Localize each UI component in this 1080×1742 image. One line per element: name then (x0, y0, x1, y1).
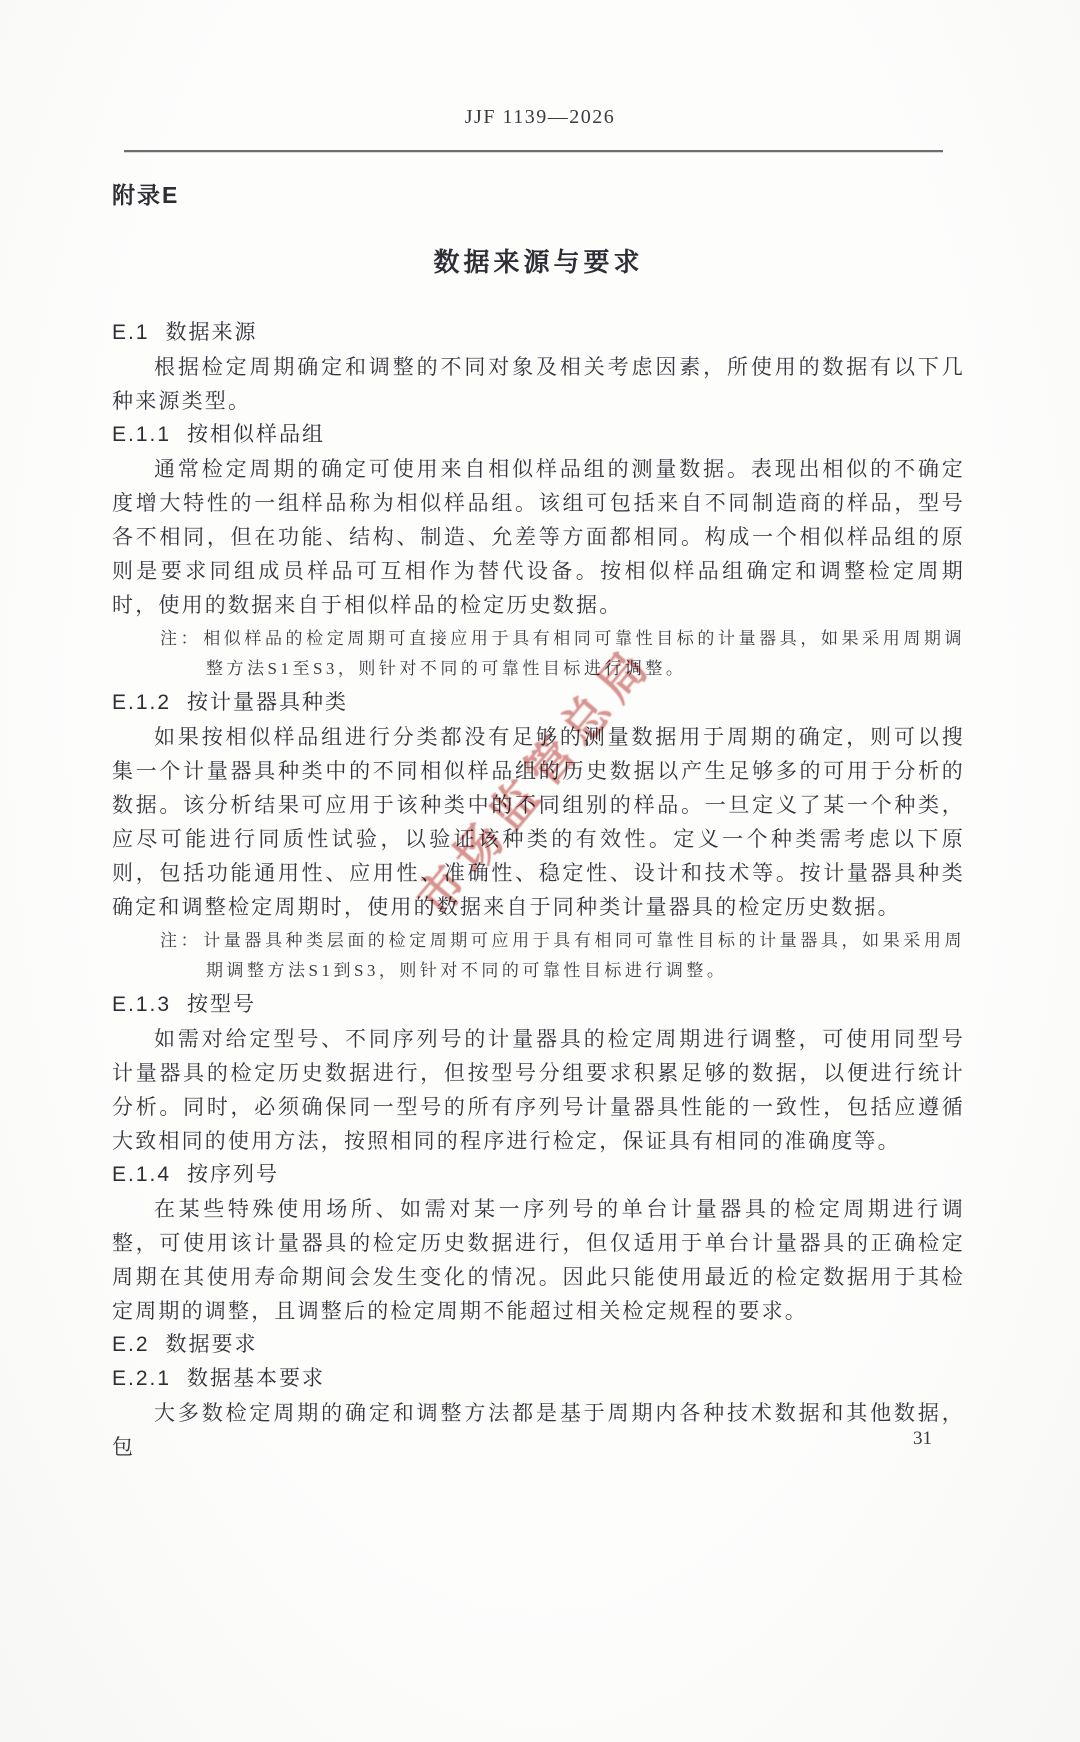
clause-number: E.1 (112, 321, 150, 344)
clause-number: E.2.1 (112, 1367, 171, 1390)
clause-heading: E.2.1数据基本要求 (112, 1362, 965, 1396)
body-paragraph: 大多数检定周期的确定和调整方法都是基于周期内各种技术数据和其他数据，包 (112, 1396, 965, 1464)
running-header: JJF 1139—2026 (0, 106, 1080, 129)
note: 注：计量器具种类层面的检定周期可应用于具有相同可靠性目标的计量器具，如果采用周期… (160, 926, 965, 986)
clause-title: 按型号 (187, 993, 256, 1016)
document-body: 附录E 数据来源与要求 E.1数据来源根据检定周期确定和调整的不同对象及相关考虑… (112, 180, 965, 1464)
body-paragraph: 在某些特殊使用场所、如需对某一序列号的单台计量器具的检定周期进行调整，可使用该计… (112, 1192, 965, 1328)
note-text: 相似样品的检定周期可直接应用于具有相同可靠性目标的计量器具，如果采用周期调整方法… (203, 629, 965, 678)
clause-heading: E.2数据要求 (112, 1328, 965, 1362)
appendix-label: 附录E (112, 180, 965, 210)
clause-number: E.1.2 (112, 691, 171, 714)
clause-heading: E.1.4按序列号 (112, 1158, 965, 1192)
clause-title: 按序列号 (187, 1163, 279, 1186)
clause-number: E.2 (112, 1333, 150, 1356)
clause-heading: E.1.2按计量器具种类 (112, 686, 965, 720)
clause-number: E.1.1 (112, 423, 171, 446)
note-label: 注： (160, 629, 201, 648)
clause-heading: E.1.1按相似样品组 (112, 418, 965, 452)
clause-title: 数据要求 (166, 1333, 258, 1356)
note-label: 注： (160, 931, 201, 950)
clause-title: 按相似样品组 (187, 423, 325, 446)
header-rule (124, 150, 943, 152)
body-paragraph: 如需对给定型号、不同序列号的计量器具的检定周期进行调整，可使用同型号计量器具的检… (112, 1022, 965, 1158)
clause-title: 数据基本要求 (187, 1367, 325, 1390)
page-number: 31 (913, 1428, 932, 1450)
clause-heading: E.1.3按型号 (112, 988, 965, 1022)
clause-heading: E.1数据来源 (112, 316, 965, 350)
clause-title: 按计量器具种类 (187, 691, 348, 714)
body-paragraph: 根据检定周期确定和调整的不同对象及相关考虑因素，所使用的数据有以下几种来源类型。 (112, 350, 965, 418)
note-text: 计量器具种类层面的检定周期可应用于具有相同可靠性目标的计量器具，如果采用周期调整… (203, 931, 965, 980)
document-page: JJF 1139—2026 附录E 数据来源与要求 E.1数据来源根据检定周期确… (0, 0, 1080, 1742)
body-paragraph: 如果按相似样品组进行分类都没有足够的测量数据用于周期的确定，则可以搜集一个计量器… (112, 720, 965, 924)
appendix-title: 数据来源与要求 (112, 246, 965, 278)
clause-title: 数据来源 (166, 321, 258, 344)
clause-number: E.1.3 (112, 993, 171, 1016)
body-paragraph: 通常检定周期的确定可使用来自相似样品组的测量数据。表现出相似的不确定度增大特性的… (112, 452, 965, 622)
sections-container: E.1数据来源根据检定周期确定和调整的不同对象及相关考虑因素，所使用的数据有以下… (112, 316, 965, 1464)
note: 注：相似样品的检定周期可直接应用于具有相同可靠性目标的计量器具，如果采用周期调整… (160, 624, 965, 684)
clause-number: E.1.4 (112, 1163, 171, 1186)
